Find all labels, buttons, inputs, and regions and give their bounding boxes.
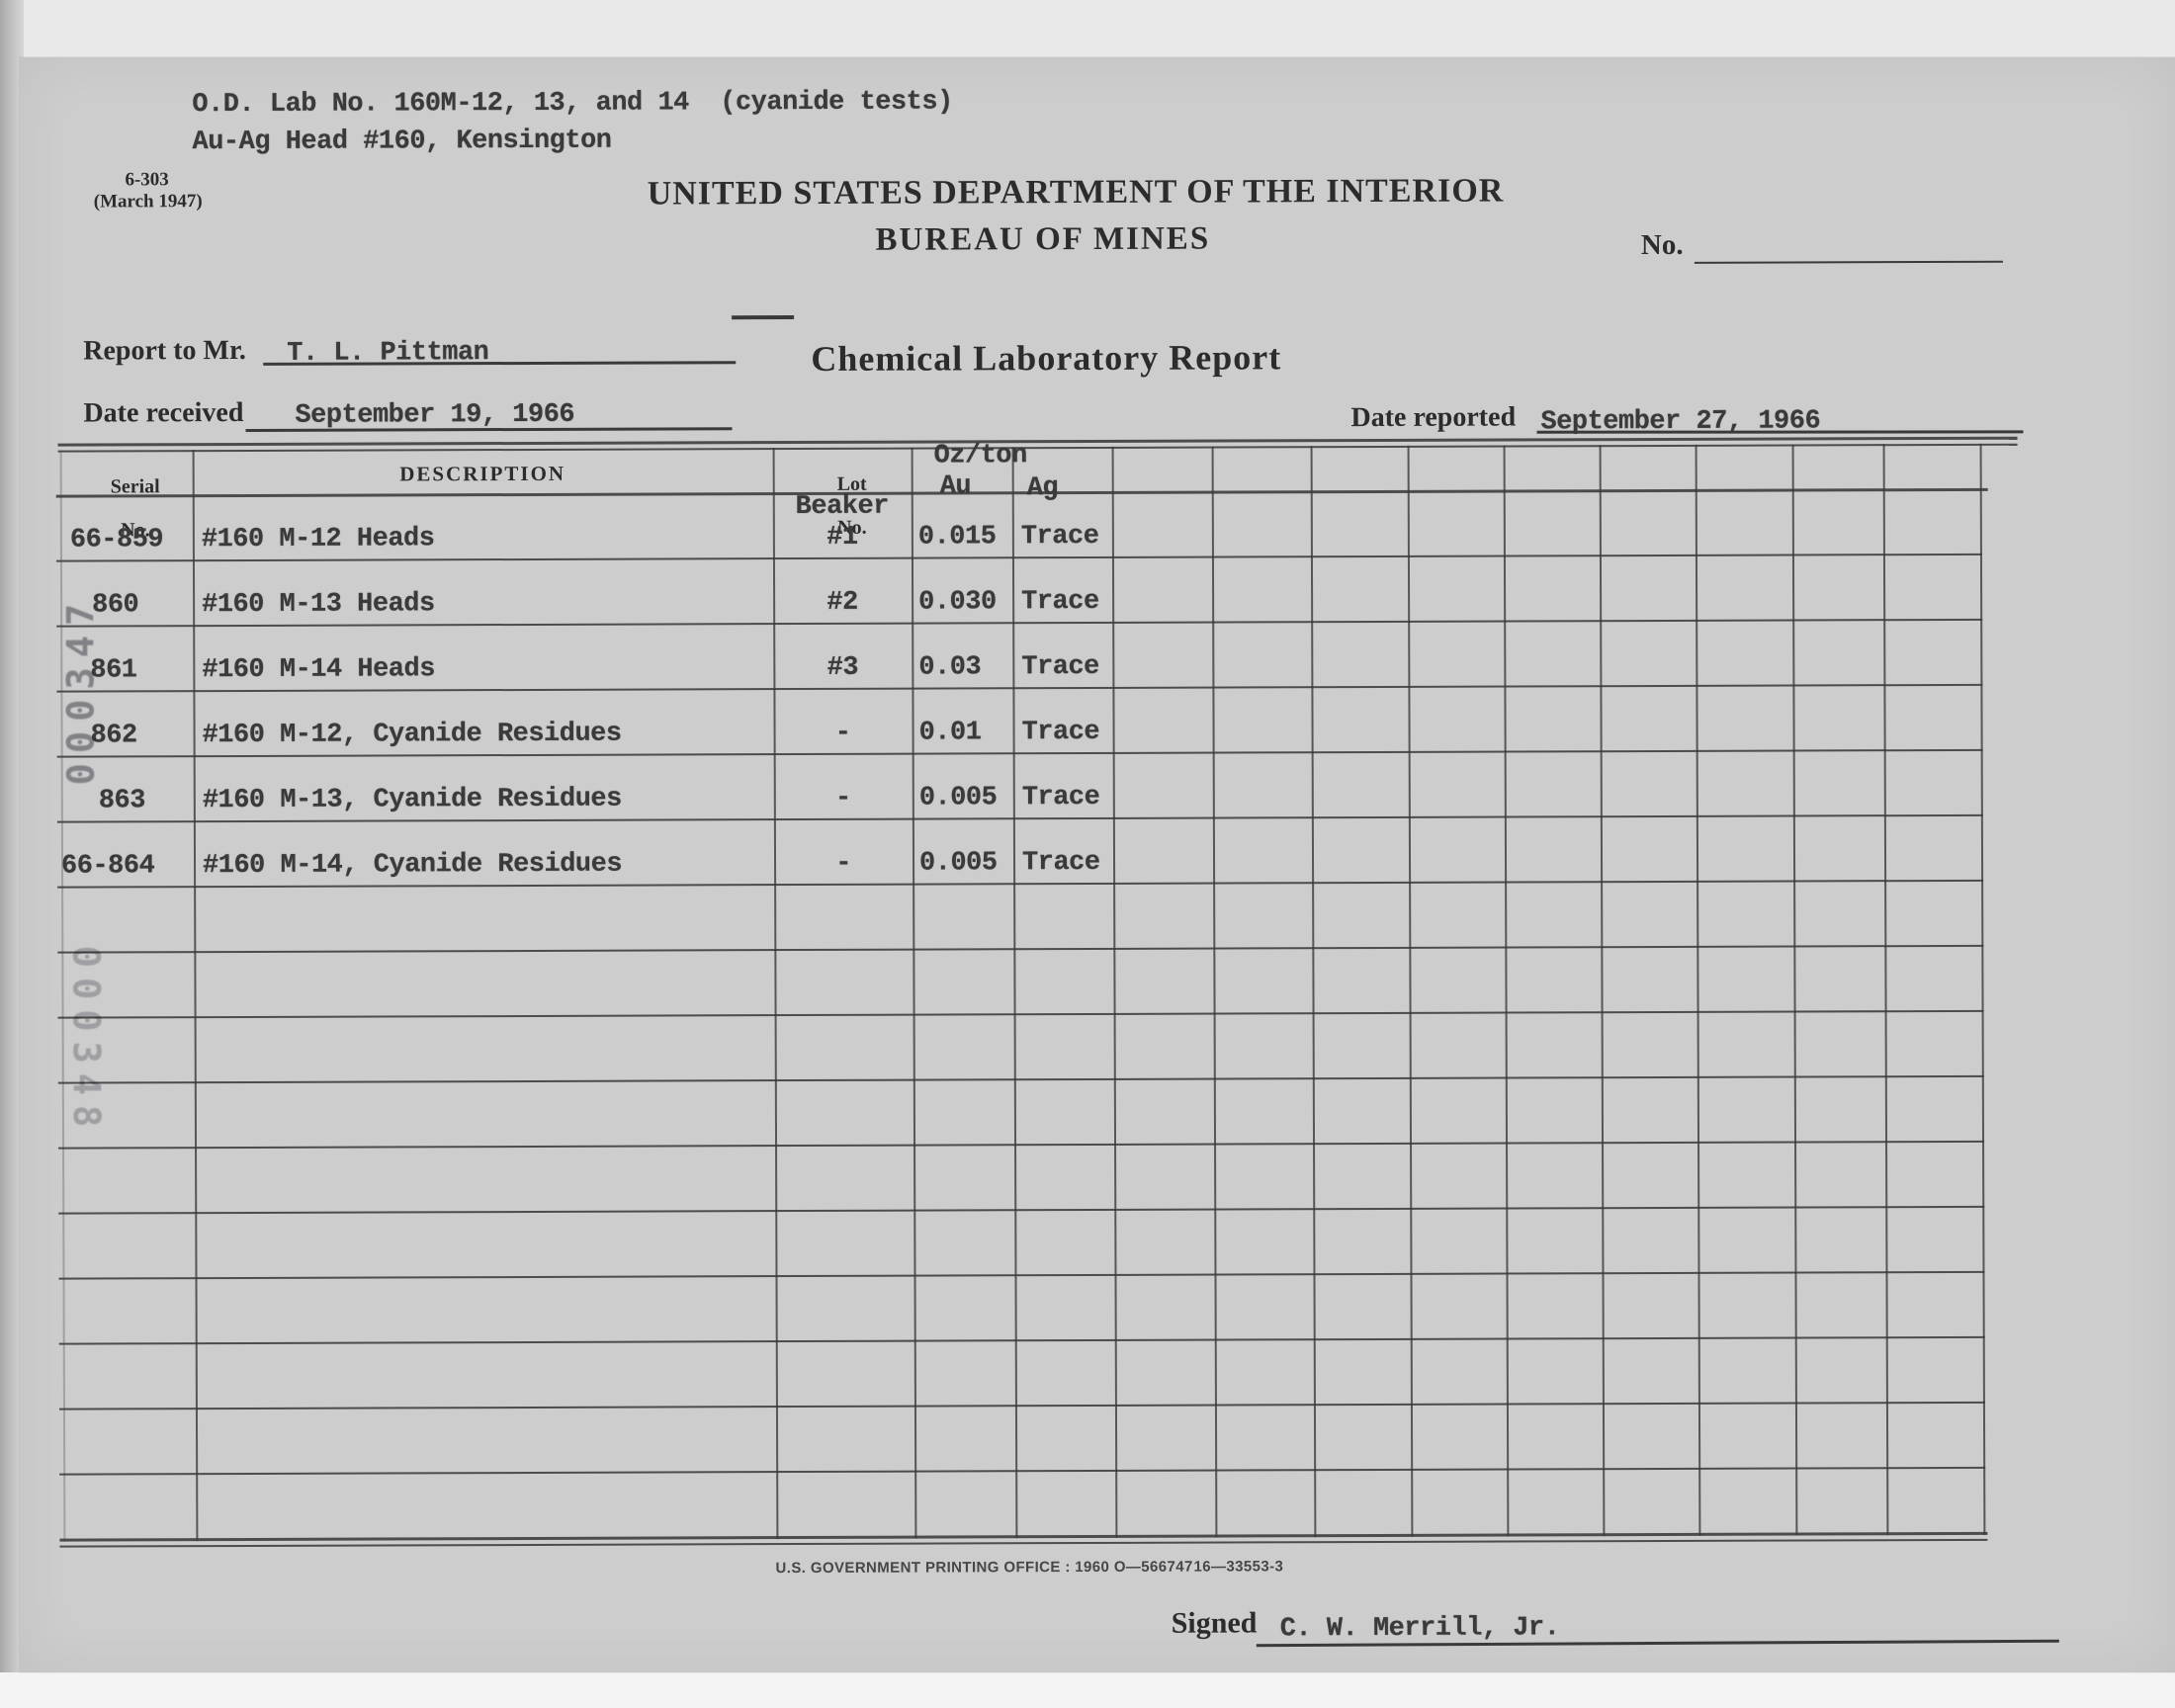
cell-lot: #3 (773, 653, 912, 683)
table-grid (0, 0, 2172, 4)
table-row: 860 #160 M-13 Heads #2 0.030 Trace (58, 554, 1981, 626)
cell-au: 0.030 (918, 587, 997, 617)
table-row: 863 #160 M-13, Cyanide Residues - 0.005 … (59, 749, 1982, 821)
cell-ag: Trace (1021, 522, 1099, 552)
grid-line (58, 1141, 1984, 1150)
table-row: 862 #160 M-12, Cyanide Residues - 0.01 T… (58, 684, 1981, 756)
report-to-label: Report to Mr. (83, 335, 246, 368)
serial-stamp-upper: 000347 (59, 560, 104, 817)
cell-au: 0.015 (918, 522, 997, 552)
signed-value: C. W. Merrill, Jr. (1280, 1613, 1560, 1644)
cell-au: 0.005 (919, 848, 998, 878)
column-header-unit: Oz/ton (934, 441, 1027, 470)
cell-description: #160 M-13, Cyanide Residues (203, 785, 622, 815)
column-header-description: DESCRIPTION (193, 462, 773, 485)
cell-lot: #2 (773, 588, 912, 618)
form-revision: (March 1947) (69, 191, 227, 213)
cell-au: 0.01 (919, 718, 982, 747)
cell-lot: - (774, 719, 913, 748)
no-label: No. (1641, 229, 1684, 262)
report-title: Chemical Laboratory Report (749, 336, 1343, 380)
lab-annotation-line2: Au-Ag Head #160, Kensington (192, 127, 611, 157)
grid-line (59, 1402, 1985, 1410)
no-blank-line (1695, 261, 2003, 264)
table-row: 861 #160 M-14 Heads #3 0.03 Trace (58, 619, 1981, 691)
grid-line (59, 1467, 1985, 1476)
cell-lot-upper: Beaker (773, 492, 912, 522)
date-received-value: September 19, 1966 (295, 400, 574, 431)
lab-annotation-line1: O.D. Lab No. 160M-12, 13, and 14 (cyanid… (192, 87, 953, 120)
date-received-label: Date received (83, 397, 243, 430)
cell-au: 0.005 (919, 783, 998, 812)
cell-serial: 863 (99, 786, 145, 815)
agency-title-line1: UNITED STATES DEPARTMENT OF THE INTERIOR (648, 173, 1438, 213)
signed-label: Signed (1172, 1606, 1258, 1640)
cell-au: 0.03 (918, 652, 981, 682)
cell-lot: #1 (773, 523, 912, 553)
cell-description: #160 M-12 Heads (202, 524, 435, 555)
cell-lot: - (774, 849, 913, 879)
cell-serial: 66-859 (70, 525, 163, 555)
report-to-underline (263, 361, 736, 366)
date-reported-underline (1537, 430, 2024, 433)
form-content: O.D. Lab No. 160M-12, 13, and 14 (cyanid… (0, 0, 2175, 1708)
scanned-document-page: { "colors": { "paper": "#cdcdcd", "ink":… (0, 0, 2175, 1708)
cell-description: #160 M-13 Heads (202, 589, 435, 620)
date-received-underline (245, 427, 732, 432)
table-row: 66-864 #160 M-14, Cyanide Residues - 0.0… (59, 814, 1982, 887)
grid-line (58, 1271, 1984, 1280)
table-row: 66-859 #160 M-12 Heads Beaker #1 0.015 T… (58, 488, 1981, 560)
grid-line (58, 1206, 1984, 1215)
date-reported-label: Date reported (1350, 401, 1516, 434)
cell-ag: Trace (1022, 783, 1100, 812)
cell-serial: 66-864 (61, 851, 154, 881)
cell-lot: - (774, 784, 913, 813)
grid-line (57, 945, 1983, 954)
form-number: 6-303 (93, 169, 202, 191)
agency-title-line2: BUREAU OF MINES (648, 220, 1438, 260)
cell-ag: Trace (1022, 848, 1100, 878)
cell-ag: Trace (1022, 718, 1100, 747)
grid-line (58, 1075, 1984, 1084)
title-divider (732, 315, 794, 319)
serial-stamp-lower: 000348 (63, 912, 108, 1169)
form-code: 16—33553-3 (1193, 1558, 1283, 1575)
cell-description: #160 M-12, Cyanide Residues (203, 720, 622, 750)
grid-line (59, 1336, 1985, 1345)
cell-description: #160 M-14 Heads (202, 654, 435, 685)
cell-ag: Trace (1021, 587, 1099, 617)
printing-office-note: U.S. GOVERNMENT PRINTING OFFICE : 1960 O… (775, 1559, 1192, 1577)
grid-line (58, 1010, 1984, 1019)
cell-description: #160 M-14, Cyanide Residues (203, 850, 622, 881)
cell-ag: Trace (1021, 652, 1099, 682)
